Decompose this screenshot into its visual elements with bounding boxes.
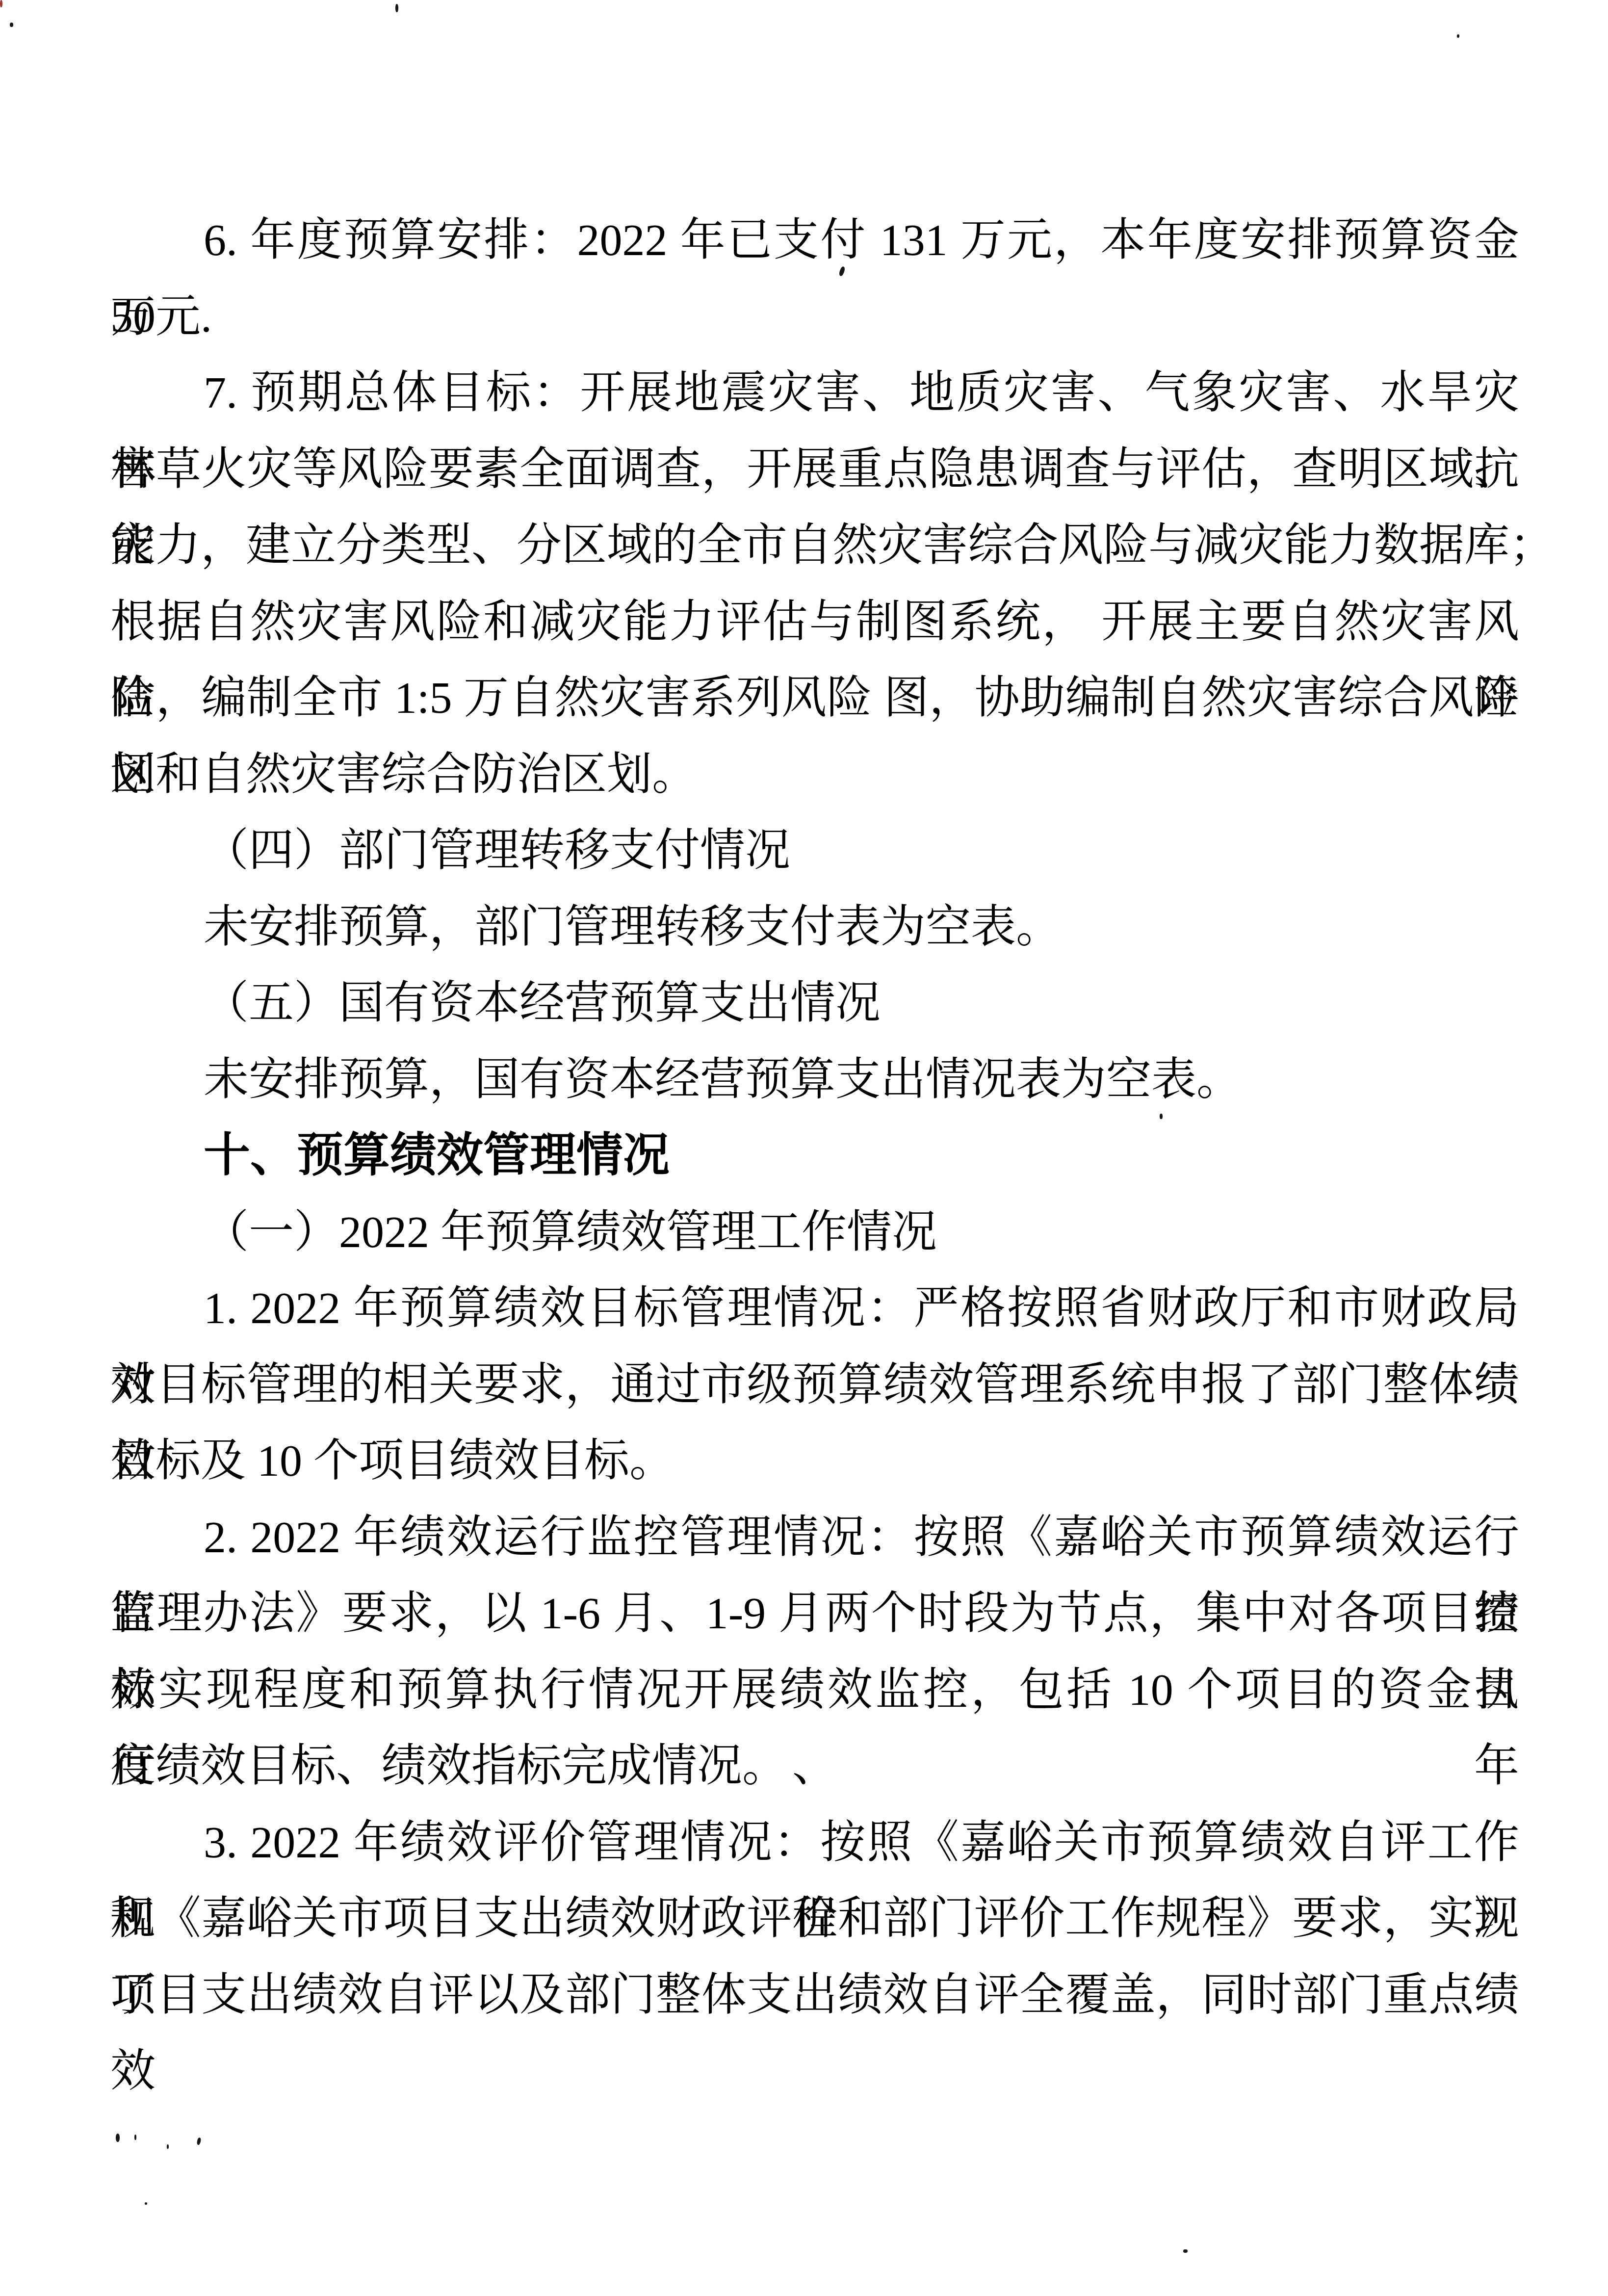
ink-speckle (197, 2137, 202, 2145)
scan-artifact (0, 0, 2, 7)
ink-speckle (167, 2144, 169, 2149)
doc-line: 1. 2022 年预算绩效目标管理情况：严格按照省财政厅和市财政局对绩 (110, 1270, 1519, 1347)
document-body: 6. 年度预算安排：2022 年已支付 131 万元，本年度安排预算资金 50 … (110, 202, 1519, 2033)
doc-line: 未安排预算，国有资本经营预算支出情况表为空表。 (110, 1042, 1519, 1118)
doc-line: 7. 预期总体目标：开展地震灾害、地质灾害、气象灾害、水旱灾害、 (110, 355, 1519, 431)
doc-line: 万元. (110, 279, 1519, 355)
ink-speckle (1160, 1114, 1163, 1119)
doc-line: 管理办法》要求，以 1-6 月、1-9 月两个时段为节点，集中对各项目绩效目 (110, 1575, 1519, 1652)
doc-line: 估，编制全市 1:5 万自然灾害系列风险 图，协助编制自然灾害综合风险区 (110, 660, 1519, 736)
doc-line: 和《嘉峪关市项目支出绩效财政评价和部门评价工作规程》要求，实现了 (110, 1880, 1519, 1957)
doc-line: （四）部门管理转移支付情况 (110, 812, 1519, 889)
doc-line: 项目支出绩效自评以及部门整体支出绩效自评全覆盖，同时部门重点绩效 (110, 1957, 1519, 2034)
ink-speckle (10, 23, 13, 27)
section-heading: 十、预算绩效管理情况 (110, 1118, 1519, 1194)
doc-line: （一）2022 年预算绩效管理工作情况 (110, 1194, 1519, 1271)
doc-line: 划和自然灾害综合防治区划。 (110, 736, 1519, 813)
ink-speckle (116, 2134, 120, 2142)
doc-line: 3. 2022 年绩效评价管理情况：按照《嘉峪关市预算绩效自评工作规程》 (110, 1804, 1519, 1881)
doc-line: 标实现程度和预算执行情况开展绩效监控，包括 10 个项目的资金执行、年 (110, 1652, 1519, 1728)
ink-speckle (145, 2202, 147, 2205)
ink-speckle (134, 2135, 136, 2140)
doc-line: 目标及 10 个项目绩效目标。 (110, 1423, 1519, 1499)
ink-speckle (395, 4, 398, 12)
doc-line: 2. 2022 年绩效运行监控管理情况：按照《嘉峪关市预算绩效运行监控 (110, 1499, 1519, 1576)
document-page: 6. 年度预算安排：2022 年已支付 131 万元，本年度安排预算资金 50 … (0, 0, 1608, 2296)
doc-line: （五）国有资本经营预算支出情况 (110, 965, 1519, 1042)
doc-line: 未安排预算，部门管理转移支付表为空表。 (110, 889, 1519, 965)
doc-line: 根据自然灾害风险和减灾能力评估与制图系统， 开展主要自然灾害风险评 (110, 584, 1519, 660)
doc-line: 能力，建立分类型、分区域的全市自然灾害综合风险与减灾能力数据库； (110, 507, 1519, 584)
doc-line: 6. 年度预算安排：2022 年已支付 131 万元，本年度安排预算资金 50 (110, 202, 1519, 279)
doc-line: 林草火灾等风险要素全面调查，开展重点隐患调查与评估，查明区域抗灾 (110, 431, 1519, 508)
ink-speckle (1183, 2249, 1188, 2253)
ink-speckle (1457, 34, 1459, 38)
doc-line: 效目标管理的相关要求，通过市级预算绩效管理系统申报了部门整体绩效 (110, 1347, 1519, 1423)
